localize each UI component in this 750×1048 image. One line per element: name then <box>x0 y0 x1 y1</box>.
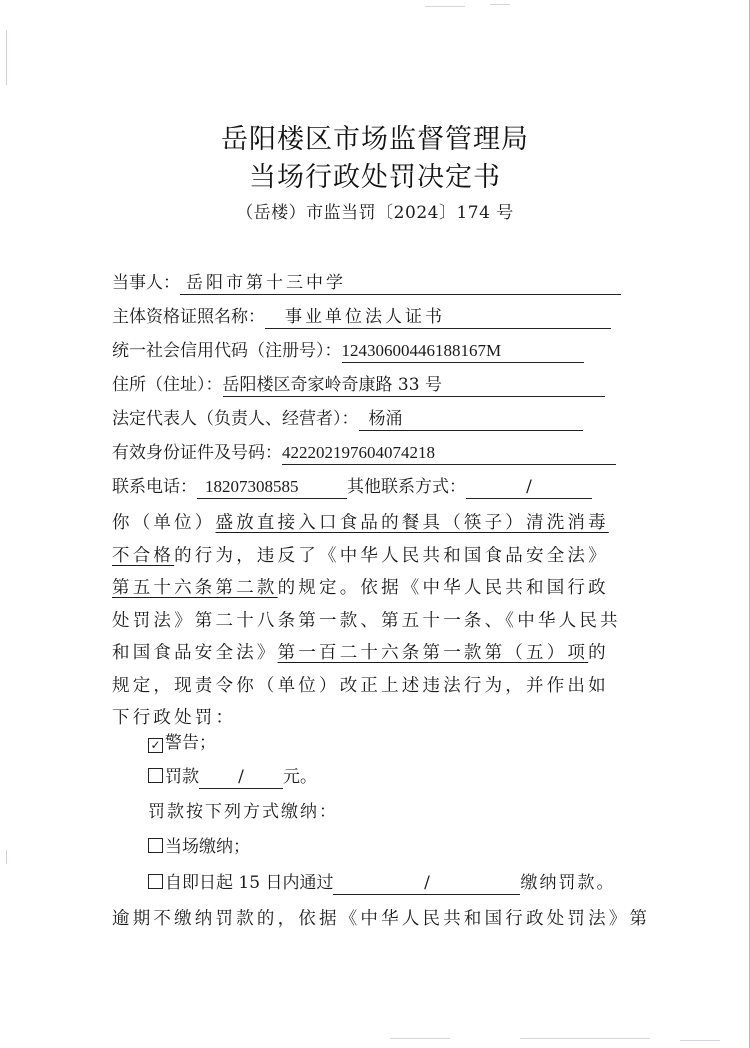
license-name-label: 主体资格证照名称： <box>112 302 265 332</box>
pay-within-label: 自即日起 15 日内通过 <box>165 873 333 893</box>
id-number-value: 422202197604074218 <box>282 442 616 465</box>
legal-rep-value: 杨涌 <box>359 408 583 431</box>
party-value: 岳阳市第十三中学 <box>180 272 621 295</box>
license-name-value: 事业单位法人证书 <box>265 306 611 329</box>
scan-mark <box>490 4 510 5</box>
scan-mark <box>680 1040 720 1041</box>
fine-amount: / <box>199 766 283 789</box>
decision-paragraph: 你（单位）盛放直接入口食品的餐具（筷子）清洗消毒不合格的行为，违反了《中华人民共… <box>112 507 627 735</box>
other-contact-label: 其他联系方式： <box>347 472 466 502</box>
paragraph-text: 的行为，违反了《中华人民共和国食品安全法》 <box>174 546 609 566</box>
violated-article: 第五十六条第二款 <box>112 578 278 598</box>
party-label: 当事人： <box>112 268 180 298</box>
address-value: 岳阳楼区奇家岭奇康路 33 号 <box>223 374 605 397</box>
warning-checkbox[interactable]: ✓ <box>148 738 163 753</box>
scan-mark <box>425 6 465 7</box>
pay-within-suffix: 缴纳罚款。 <box>520 873 615 893</box>
other-contact-value: / <box>466 476 592 499</box>
credit-code-label: 统一社会信用代码（注册号）： <box>112 336 342 366</box>
paragraph-text: 你（单位） <box>112 513 216 533</box>
address-row: 住所（住址）：岳阳楼区奇家岭奇康路 33 号 <box>112 370 624 400</box>
credit-code-value: 12430600446188167M <box>342 340 584 363</box>
overdue-notice: 逾期不缴纳罚款的，依据《中华人民共和国行政处罚法》第 <box>112 904 650 934</box>
document-number: （岳楼）市监当罚〔2024〕174 号 <box>0 198 750 223</box>
scan-mark <box>520 1038 650 1039</box>
contact-row: 联系电话：18207308585其他联系方式：/ <box>112 472 624 502</box>
fine-unit: 元。 <box>283 767 317 787</box>
credit-code-row: 统一社会信用代码（注册号）：12430600446188167M <box>112 336 624 366</box>
legal-rep-row: 法定代表人（负责人、经营者）：杨涌 <box>112 404 624 434</box>
phone-value: 18207308585 <box>197 476 347 499</box>
pay-within-row: 自即日起 15 日内通过/缴纳罚款。 <box>148 868 615 898</box>
document-page: 岳阳楼区市场监督管理局 当场行政处罚决定书 （岳楼）市监当罚〔2024〕174 … <box>0 0 750 1048</box>
license-name-row: 主体资格证照名称：事业单位法人证书 <box>112 302 624 332</box>
fine-label: 罚款 <box>165 767 199 787</box>
payment-channel: / <box>333 872 520 895</box>
pay-on-site-label: 当场缴纳； <box>165 837 250 857</box>
phone-label: 联系电话： <box>112 472 197 502</box>
penalty-fine-row: 罚款/元。 <box>148 762 317 792</box>
pay-on-site-row: 当场缴纳； <box>148 832 250 862</box>
document-title: 当场行政处罚决定书 <box>0 155 750 194</box>
scan-mark <box>6 30 7 85</box>
party-row: 当事人：岳阳市第十三中学 <box>112 268 624 298</box>
penalty-warning-row: ✓警告； <box>148 728 216 758</box>
pay-on-site-checkbox[interactable] <box>148 838 163 853</box>
legal-rep-label: 法定代表人（负责人、经营者）： <box>112 404 359 434</box>
pay-within-checkbox[interactable] <box>148 874 163 889</box>
id-number-row: 有效身份证件及号码：422202197604074218 <box>112 438 624 468</box>
id-number-label: 有效身份证件及号码： <box>112 438 282 468</box>
fine-checkbox[interactable] <box>148 768 163 783</box>
agency-title: 岳阳楼区市场监督管理局 <box>0 117 750 156</box>
address-label: 住所（住址）： <box>112 370 223 400</box>
scan-mark <box>6 850 7 864</box>
payment-intro: 罚款按下列方式缴纳： <box>148 797 338 827</box>
penalty-basis-article: 第一百二十六条第一款第（五）项 <box>278 643 589 663</box>
warning-label: 警告； <box>165 733 216 753</box>
scan-mark <box>390 1038 450 1039</box>
